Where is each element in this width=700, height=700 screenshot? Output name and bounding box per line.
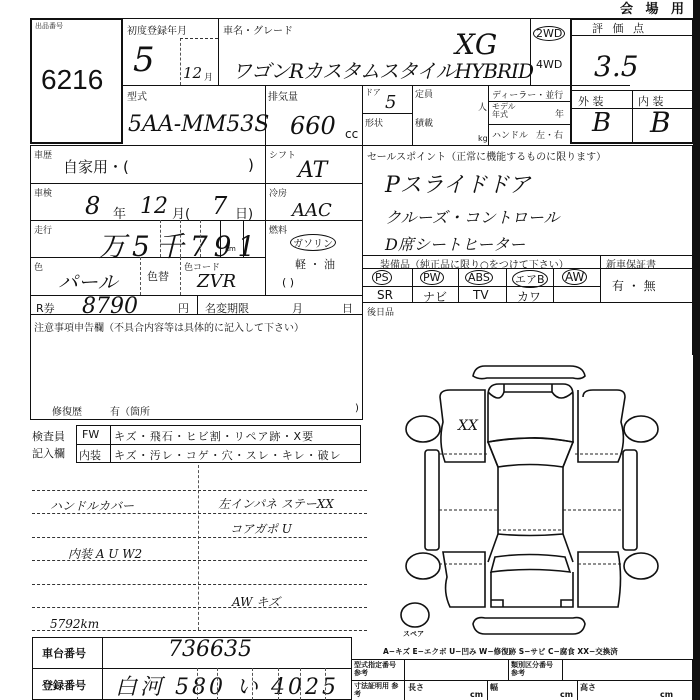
usage-label: 車歴 [34,148,52,161]
int-items: キズ・汚レ・コゲ・穴・スレ・キレ・破レ [114,447,342,463]
left-rear-wheel [406,553,440,579]
left-rear-quarter [443,552,485,607]
interior-grade: B [650,106,671,139]
exterior-label: 外 装 [578,93,604,109]
registration-label: 登録番号 [42,677,86,693]
equip-tv: TV [473,288,489,302]
drive-4wd: 4WD [536,58,562,71]
lot-number: 6216 [41,64,103,96]
model-year-label: モデル年式 [492,103,522,119]
dimensions-label: 寸法証明用 参考 [354,682,404,698]
car-name-label: 車名・グレード [223,22,293,37]
chassis-value: 736635 [168,637,252,662]
inspection-label: 車検 [34,186,52,199]
handle-label: ハンドル [492,128,528,141]
score-box: 評 価 点 3.5 外 装 内 装 B B [570,18,694,144]
inspection-year: 8 [85,192,100,220]
score-label: 評 価 点 [592,20,647,36]
inspector-label-1: 検査員 [32,428,65,444]
ac-label: 冷房 [269,186,287,199]
equip-navi: ナビ [423,288,447,305]
fuel-label: 燃料 [269,223,287,236]
notes-label: 注意事項申告欄（不具合内容等は具体的に記入して下さい） [34,319,304,334]
damage-mark-xx: XX [458,418,478,434]
usage-value: 自家用・( [63,156,129,177]
mileage-label: 走行 [34,223,52,236]
model-value: 5AA-MM53S [128,112,269,137]
rear-window-shape [491,555,570,573]
registration-value: 白河 580 い 4025 [115,670,339,700]
displacement-value: 660 [290,112,336,140]
note-left-2: 内装 A U W2 [68,545,142,562]
ac-value: AAC [292,200,332,221]
equip-aw: AW [562,269,587,285]
score-value: 3.5 [594,50,639,83]
note-right-1: 左インパネ ステーXX [218,495,334,512]
doors-label: ドア [365,87,381,98]
lot-label: 出品番号 [35,21,63,31]
equip-airbag: エアB [512,270,548,288]
color-value: パール [58,266,118,295]
fw-label: FW [82,428,99,441]
length-label: 長さ [408,682,424,693]
inspection-day: 7 [212,192,227,220]
shape-label: 形状 [365,116,383,129]
front-bumper-shape [473,366,585,379]
dealer-label: ディーラー・並行 [492,88,563,101]
car-damage-diagram [395,362,695,647]
color-code-value: ZVR [197,271,236,292]
equip-sr: SR [377,288,393,302]
handle-value: 左・右 [536,128,563,141]
fw-items: キズ・飛石・ヒビ割・リペア跡・X要 [114,428,314,444]
type-designation-label: 型式指定番号 参考 [354,661,404,677]
inspector-label-2: 記入欄 [32,445,65,461]
note-right-3: AW キズ [232,593,280,610]
right-front-wheel [624,416,658,442]
right-rear-quarter [578,552,621,607]
color-label: 色 [34,260,43,273]
sales-point-1: Pスライドドア [385,168,530,199]
displacement-label: 排気量 [268,88,298,103]
first-registration-month: 12 [183,64,202,82]
venue-label: 会 場 用 [620,0,688,17]
left-step [425,450,439,550]
right-front-fender [578,390,625,462]
doors-value: 5 [385,92,396,113]
sales-point-3: D席シートヒーター [385,232,525,255]
note-left-1: ハンドルカバー [50,497,134,514]
fuel-other: ( ) [282,276,294,289]
shift-value: AT [298,158,327,183]
width-label: 幅 [490,682,498,693]
shift-label: シフト [269,148,296,161]
equip-ps: PS [372,270,392,285]
first-registration-year: 5 [133,40,155,80]
color-change-label: 色替 [147,268,169,284]
recycle-value: 8790 [82,294,138,319]
repair-value: 有（箇所 [110,403,150,418]
sales-points-label: セールスポイント（正常に機能するものに限ります） [367,148,606,163]
first-registration-label: 初度登録年月 [127,22,187,37]
sales-point-2: クルーズ・コントロール [385,205,559,228]
height-label: 高さ [580,682,596,693]
class-number-label: 類別区分番号 参考 [511,661,561,677]
spare-label: スペア [403,629,424,639]
capacity-label: 定員 [415,87,433,100]
fuel-gasoline: ガソリン [290,234,336,251]
load-label: 積載 [415,116,433,129]
car-name-value: ワゴンRカスタムスタイルHYBRID [232,55,533,84]
warranty-value: 有 ・ 無 [612,277,656,294]
exterior-grade: B [592,108,611,138]
right-step [623,450,637,550]
spare-tire [401,603,429,627]
lot-number-box: 出品番号 6216 [30,18,123,144]
windshield-shape [488,438,573,467]
chassis-label: 車台番号 [42,645,86,661]
repair-label: 修復歴 [52,403,82,418]
int-label: 内装 [79,447,101,463]
right-rear-wheel [624,553,658,579]
rear-bumper-shape [473,618,585,634]
drive-2wd: 2WD [533,26,565,41]
equip-abs: ABS [465,270,493,285]
equip-pw: PW [420,270,444,285]
equip-leather: カワ [517,288,541,305]
damage-legend: A−キズ E−エクボ U−凹み W−修復跡 S−サビ C−腐食 XX−交換済 [383,646,618,657]
note-right-2: コアガポ U [230,520,292,537]
after-parts-label: 後日品 [367,305,394,318]
model-label: 型式 [127,88,147,103]
left-front-wheel [406,416,440,442]
inspection-month: 12 [140,194,168,219]
mileage-note: 5792km [50,617,99,631]
fuel-diesel: 軽 ・ 油 [295,256,335,272]
